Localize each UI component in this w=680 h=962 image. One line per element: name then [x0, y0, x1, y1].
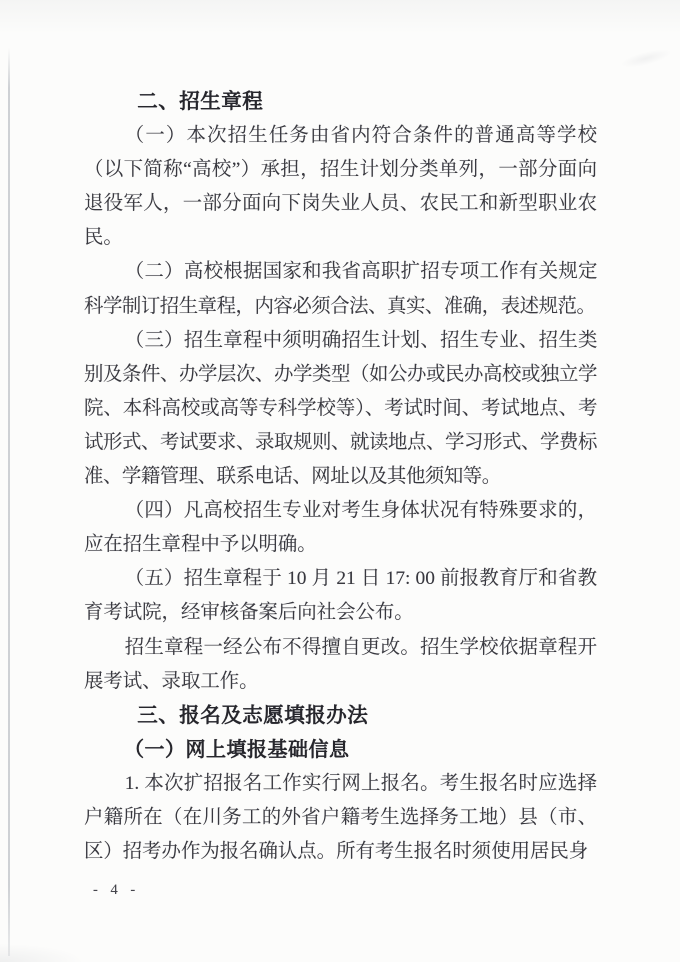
scan-edge-artifact [8, 48, 10, 956]
document-body: 二、招生章程 （一）本次招生任务由省内符合条件的普通高等学校（以下简称“高校”）… [84, 85, 597, 869]
paragraph-item-6: 招生章程一经公布不得擅自更改。招生学校依据章程开展考试、录取工作。 [84, 631, 597, 699]
paragraph-item-5: （五）招生章程于 10 月 21 日 17: 00 前报教育厅和省教育考试院，经… [84, 562, 597, 630]
section-heading-3-registration-methods: 三、报名及志愿填报办法 [84, 699, 597, 733]
paragraph-item-4: （四）凡高校招生专业对考生身体状况有特殊要求的，应在招生章程中予以明确。 [84, 494, 597, 562]
paragraph-item-7: 1. 本次扩招报名工作实行网上报名。考生报名时应选择户籍所在（在川务工的外省户籍… [84, 767, 597, 869]
subsection-heading-online-basic-info: （一）网上填报基础信息 [84, 733, 597, 767]
page-footer: - 4 - [93, 882, 140, 899]
scanned-document-page: 二、招生章程 （一）本次招生任务由省内符合条件的普通高等学校（以下简称“高校”）… [0, 0, 680, 962]
paragraph-item-3: （三）招生章程中须明确招生计划、招生专业、招生类别及条件、办学层次、办学类型（如… [84, 324, 597, 494]
paragraph-item-1: （一）本次招生任务由省内符合条件的普通高等学校（以下简称“高校”）承担，招生计划… [84, 119, 597, 255]
section-heading-2-enrollment-charter: 二、招生章程 [84, 85, 597, 119]
page-number: - 4 - [93, 882, 140, 898]
scan-smudge-artifact [619, 46, 673, 71]
paragraph-item-2: （二）高校根据国家和我省高职扩招专项工作有关规定科学制订招生章程，内容必须合法、… [84, 255, 597, 323]
